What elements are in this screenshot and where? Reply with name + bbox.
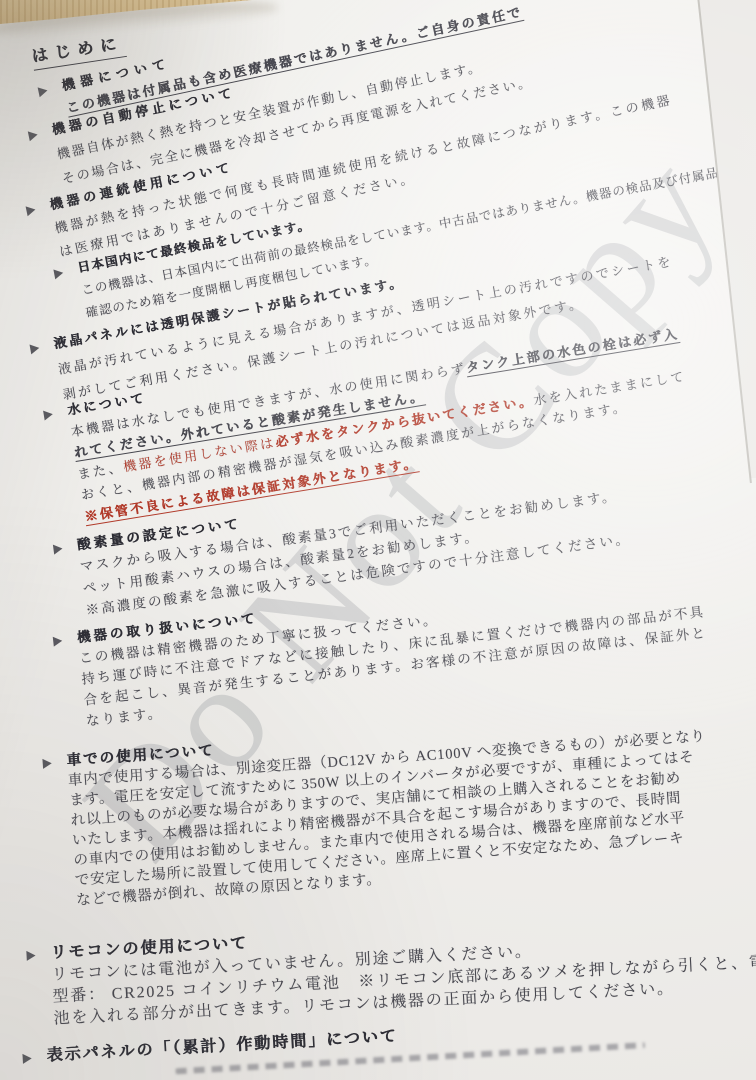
arrow-bullet-icon — [38, 85, 49, 97]
document-body: はじめに 機器についてこの機器は付属品も含め医療機器ではありません。ご自身の責任… — [0, 0, 756, 1080]
text-segment: なります。 — [85, 705, 164, 728]
arrow-bullet-icon — [43, 409, 53, 420]
arrow-bullet-icon — [26, 205, 37, 217]
arrow-bullet-icon — [53, 544, 63, 555]
arrow-bullet-icon — [42, 758, 52, 769]
arrow-bullet-icon — [53, 635, 63, 646]
arrow-bullet-icon — [26, 950, 35, 960]
arrow-bullet-icon — [53, 267, 64, 278]
arrow-bullet-icon — [22, 1053, 32, 1063]
arrow-bullet-icon — [28, 129, 39, 141]
document-photo: Do Not Copy はじめに 機器についてこの機器は付属品も含め医療機器では… — [0, 0, 756, 1080]
arrow-bullet-icon — [30, 343, 41, 354]
